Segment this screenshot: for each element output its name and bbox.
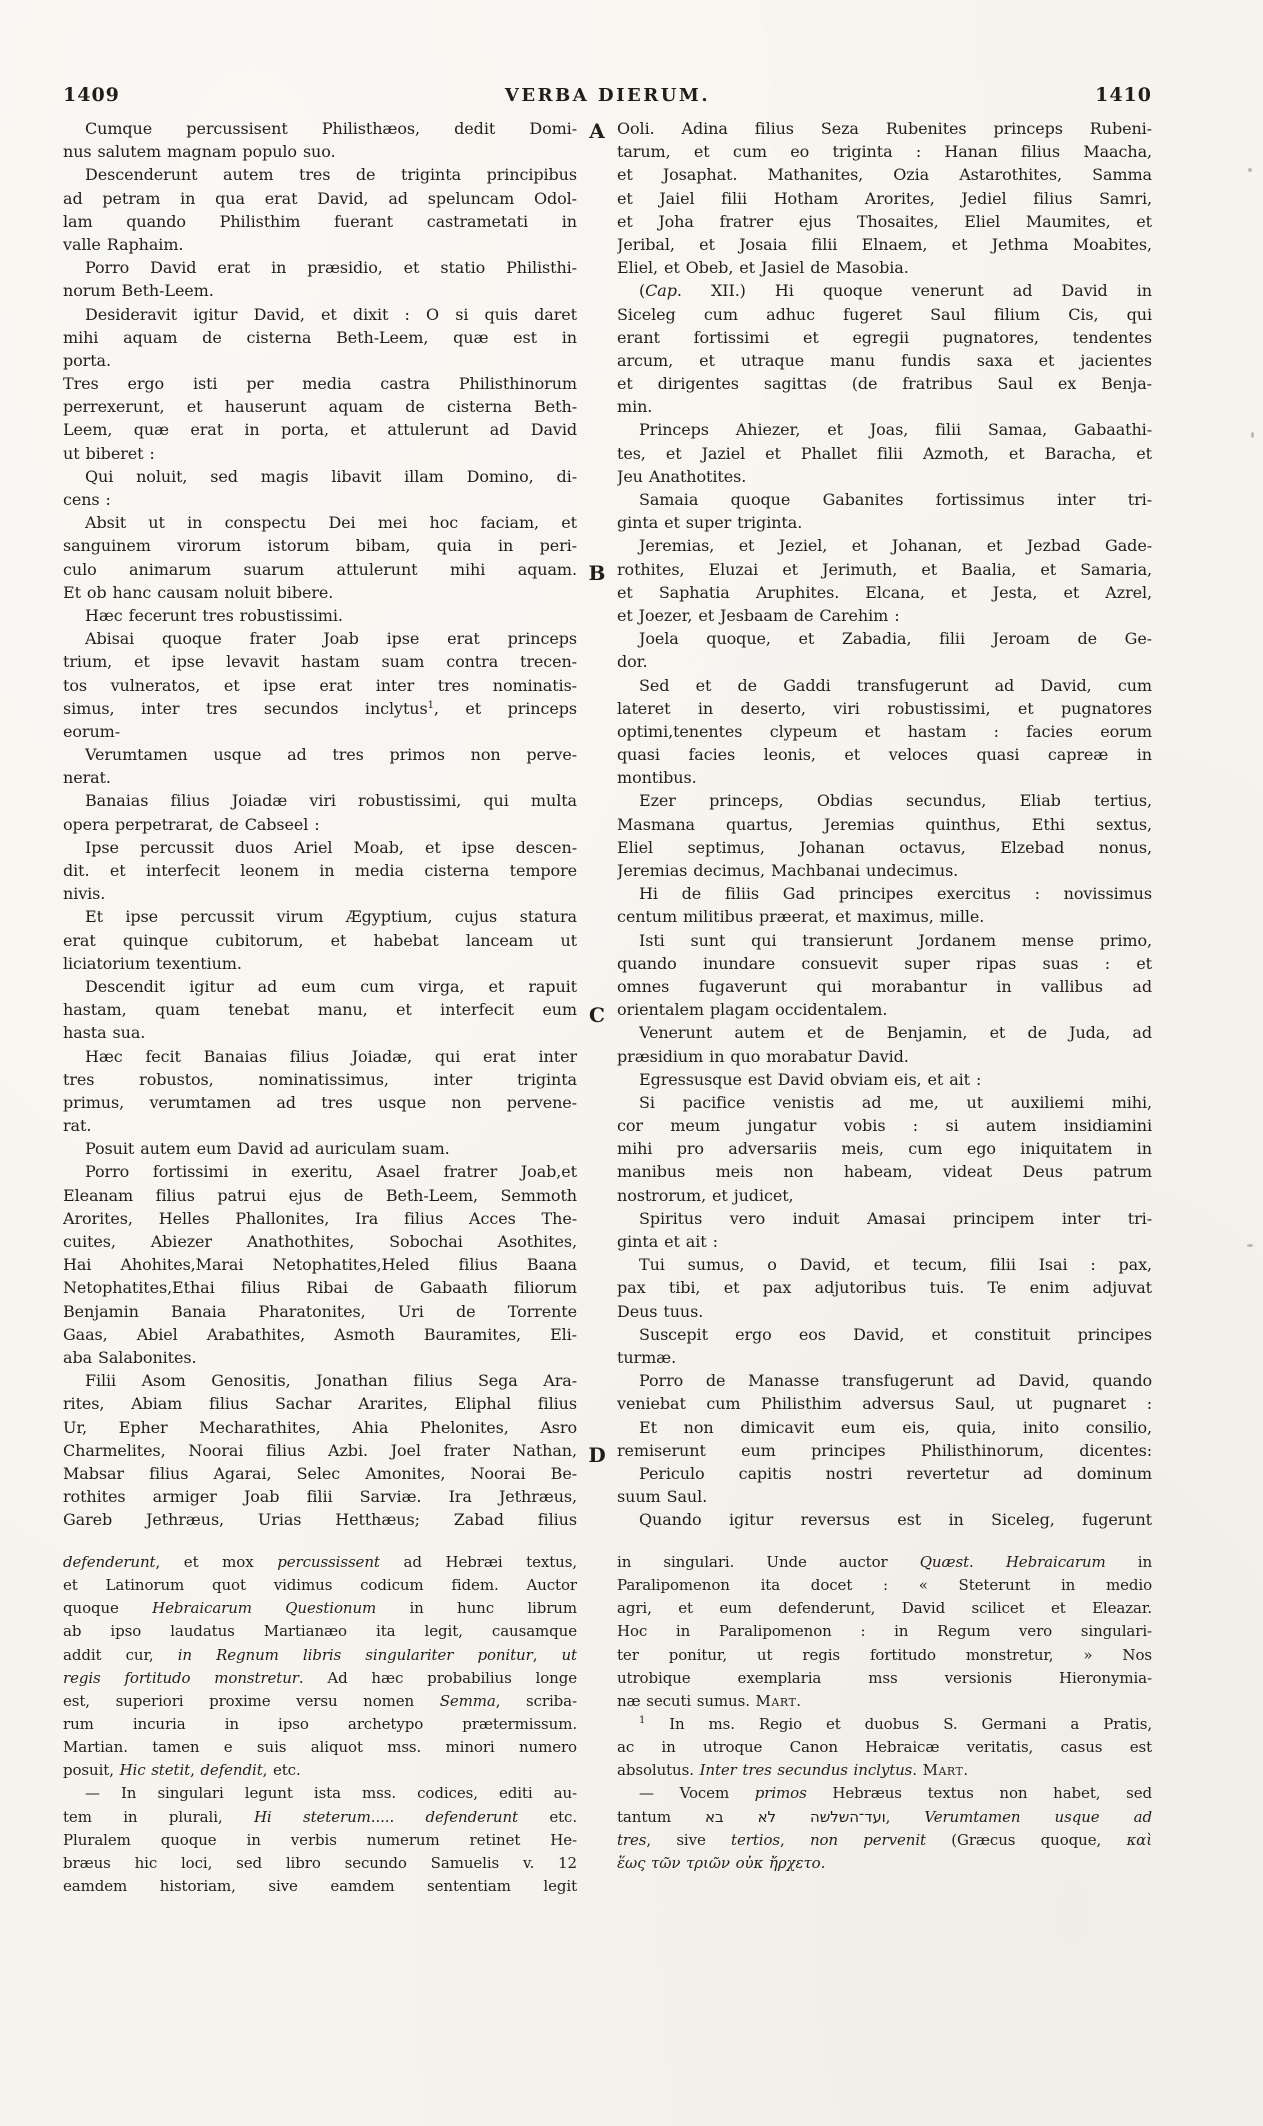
text-line: nostrorum, et judicet,	[617, 1184, 1152, 1207]
text-line: turmæ.	[617, 1346, 1152, 1369]
text-line: quando inundare consuevit super ripas su…	[617, 952, 1152, 975]
text-line: ab ipso laudatus Martianæo ita legit, ca…	[63, 1620, 577, 1643]
text-line: tem in plurali, Hi steterum..... defende…	[63, 1806, 577, 1829]
text-line: Eliel, et Obeb, et Jasiel de Masobia.	[617, 256, 1152, 279]
text-line: Hai Ahohites,Marai Netophatites,Heled fi…	[63, 1253, 577, 1276]
margin-letter-d: D	[578, 1443, 616, 1467]
text-line: et Joha fratrer ejus Thosaites, Eliel Ma…	[617, 210, 1152, 233]
text-line: mihi aquam de cisterna Beth-Leem, quæ es…	[63, 326, 577, 349]
text-line: nerat.	[63, 766, 577, 789]
text-line: Hæc fecerunt tres robustissimi.	[63, 604, 577, 627]
text-line: dor.	[617, 650, 1152, 673]
text-line: Hæc fecit Banaias filius Joiadæ, qui era…	[63, 1045, 577, 1068]
text-line: Gaas, Abiel Arabathites, Asmoth Bauramit…	[63, 1323, 577, 1346]
text-line: Banaias filius Joiadæ viri robustissimi,…	[63, 789, 577, 812]
text-line: nivis.	[63, 882, 577, 905]
text-line: cuites, Abiezer Anathothites, Sobochai A…	[63, 1230, 577, 1253]
text-line: regis fortitudo monstretur. Ad hæc proba…	[63, 1667, 577, 1690]
text-line: Posuit autem eum David ad auriculam suam…	[63, 1137, 577, 1160]
text-line: nus salutem magnam populo suo.	[63, 140, 577, 163]
text-line: Suscepit ergo eos David, et constituit p…	[617, 1323, 1152, 1346]
text-line: Et non dimicavit eum eis, quia, inito co…	[617, 1416, 1152, 1439]
text-line: Princeps Ahiezer, et Joas, filii Samaa, …	[617, 418, 1152, 441]
text-line: Gareb Jethræus, Urias Hetthæus; Zabad fi…	[63, 1508, 577, 1531]
text-line: Spiritus vero induit Amasai principem in…	[617, 1207, 1152, 1230]
text-line: Sed et de Gaddi transfugerunt ad David, …	[617, 674, 1152, 697]
text-line: Cumque percussisent Philisthæos, dedit D…	[63, 117, 577, 140]
text-line: tos vulneratos, et ipse erat inter tres …	[63, 674, 577, 697]
text-line: Absit ut in conspectu Dei mei hoc faciam…	[63, 511, 577, 534]
text-line: porta.	[63, 349, 577, 372]
text-line: omnes fugaverunt qui morabantur in valli…	[617, 975, 1152, 998]
text-line: rum incuria in ipso archetypo prætermiss…	[63, 1713, 577, 1736]
main-text-column-right: Ooli. Adina filius Seza Rubenites prince…	[617, 117, 1152, 1531]
text-line: Ur, Epher Mecharathites, Ahia Phelonites…	[63, 1416, 577, 1439]
text-line: utrobique exemplaria mss versionis Hiero…	[617, 1667, 1152, 1690]
text-line: perrexerunt, et hauserunt aquam de ciste…	[63, 395, 577, 418]
text-line: Jeremias decimus, Machbanai undecimus.	[617, 859, 1152, 882]
main-text-column-left: Cumque percussisent Philisthæos, dedit D…	[63, 117, 577, 1531]
text-line: Ipse percussit duos Ariel Moab, et ipse …	[63, 836, 577, 859]
text-line: Quando igitur reversus est in Siceleg, f…	[617, 1508, 1152, 1531]
text-line: et Saphatia Aruphites. Elcana, et Jesta,…	[617, 581, 1152, 604]
text-line: arcum, et utraque manu fundis saxa et ja…	[617, 349, 1152, 372]
text-line: Qui noluit, sed magis libavit illam Domi…	[63, 465, 577, 488]
text-line: ginta et super triginta.	[617, 511, 1152, 534]
text-line: bræus hic loci, sed libro secundo Samuel…	[63, 1852, 577, 1875]
text-line: Jeribal, et Josaia filii Elnaem, et Jeth…	[617, 233, 1152, 256]
text-line: Descendit igitur ad eum cum virga, et ra…	[63, 975, 577, 998]
text-line: Hi de filiis Gad principes exercitus : n…	[617, 882, 1152, 905]
text-line: ut biberet :	[63, 442, 577, 465]
text-line: Porro fortissimi in exeritu, Asael fratr…	[63, 1160, 577, 1183]
text-line: suum Saul.	[617, 1485, 1152, 1508]
text-line: addit cur, in Regnum libris singulariter…	[63, 1644, 577, 1667]
text-line: rothites, Eluzai et Jerimuth, et Baalia,…	[617, 558, 1152, 581]
text-line: trium, et ipse levavit hastam suam contr…	[63, 650, 577, 673]
text-line: cor meum jungatur vobis : si autem insid…	[617, 1114, 1152, 1137]
text-line: et Jaiel filii Hotham Arorites, Jediel f…	[617, 187, 1152, 210]
text-line: — Vocem primos Hebræus textus non habet,…	[617, 1782, 1152, 1805]
text-line: — In singulari legunt ista mss. codices,…	[63, 1782, 577, 1805]
text-line: Ezer princeps, Obdias secundus, Eliab te…	[617, 789, 1152, 812]
margin-letter-b: B	[578, 561, 616, 585]
text-line: rothites armiger Joab filii Sarviæ. Ira …	[63, 1485, 577, 1508]
text-line: tres robustos, nominatissimus, inter tri…	[63, 1068, 577, 1091]
text-line: Venerunt autem et de Benjamin, et de Jud…	[617, 1021, 1152, 1044]
scan-artifact	[1248, 168, 1252, 172]
footnote-column-right: in singulari. Unde auctor Quæst. Hebraic…	[617, 1551, 1152, 1875]
text-line: Egressusque est David obviam eis, et ait…	[617, 1068, 1152, 1091]
text-line: Martian. tamen e suis aliquot mss. minor…	[63, 1736, 577, 1759]
text-line: hasta sua.	[63, 1021, 577, 1044]
text-line: Benjamin Banaia Pharatonites, Uri de Tor…	[63, 1300, 577, 1323]
margin-letter-a: A	[578, 119, 616, 143]
text-line: rat.	[63, 1114, 577, 1137]
text-line: præsidium in quo morabatur David.	[617, 1045, 1152, 1068]
text-line: in singulari. Unde auctor Quæst. Hebraic…	[617, 1551, 1152, 1574]
text-line: Porro David erat in præsidio, et statio …	[63, 256, 577, 279]
text-line: optimi,tenentes clypeum et hastam : faci…	[617, 720, 1152, 743]
text-line: ἕως τῶν τριῶν οὐκ ἤρχετο.	[617, 1852, 1152, 1875]
text-line: agri, et eum defenderunt, David scilicet…	[617, 1597, 1152, 1620]
text-line: min.	[617, 395, 1152, 418]
text-line: veniebat cum Philisthim adversus Saul, u…	[617, 1392, 1152, 1415]
text-line: Jeremias, et Jeziel, et Johanan, et Jezb…	[617, 534, 1152, 557]
book-page: 1409 VERBA DIERUM. 1410 A B C D Cumque p…	[0, 0, 1263, 2126]
text-line: Charmelites, Noorai filius Azbi. Joel fr…	[63, 1439, 577, 1462]
text-line: centum militibus præerat, et maximus, mi…	[617, 905, 1152, 928]
text-line: Et ob hanc causam noluit bibere.	[63, 581, 577, 604]
text-line: Descenderunt autem tres de triginta prin…	[63, 163, 577, 186]
text-line: et Latinorum quot vidimus codicum fidem.…	[63, 1574, 577, 1597]
text-line: absolutus. Inter tres secundus inclytus.…	[617, 1759, 1152, 1782]
text-line: Masmana quartus, Jeremias quinthus, Ethi…	[617, 813, 1152, 836]
text-line: remiserunt eum principes Philisthinorum,…	[617, 1439, 1152, 1462]
text-line: Tres ergo isti per media castra Philisth…	[63, 372, 577, 395]
text-line: Hoc in Paralipomenon : in Regum vero sin…	[617, 1620, 1152, 1643]
text-line: quasi facies leonis, et veloces quasi ca…	[617, 743, 1152, 766]
text-line: est, superiori proxime versu nomen Semma…	[63, 1690, 577, 1713]
text-line: et dirigentes sagittas (de fratribus Sau…	[617, 372, 1152, 395]
text-line: ter ponitur, ut regis fortitudo monstret…	[617, 1644, 1152, 1667]
text-line: liciatorium texentium.	[63, 952, 577, 975]
text-line: hastam, quam tenebat manu, et interfecit…	[63, 998, 577, 1021]
text-line: erat quinque cubitorum, et habebat lance…	[63, 929, 577, 952]
text-line: Deus tuus.	[617, 1300, 1152, 1323]
text-line: culo animarum suarum attulerunt mihi aqu…	[63, 558, 577, 581]
text-line: eorum-	[63, 720, 577, 743]
text-line: Eleanam filius patrui ejus de Beth-Leem,…	[63, 1184, 577, 1207]
text-line: rites, Abiam filius Sachar Ararites, Eli…	[63, 1392, 577, 1415]
text-line: Jeu Anathotites.	[617, 465, 1152, 488]
text-line: Samaia quoque Gabanites fortissimus inte…	[617, 488, 1152, 511]
text-line: sanguinem virorum istorum bibam, quia in…	[63, 534, 577, 557]
margin-letter-c: C	[578, 1003, 616, 1027]
text-line: (Cap. XII.) Hi quoque venerunt ad David …	[617, 279, 1152, 302]
text-line: mihi pro adversariis meis, cum ego iniqu…	[617, 1137, 1152, 1160]
text-line: aba Salabonites.	[63, 1346, 577, 1369]
text-line: opera perpetrarat, de Cabseel :	[63, 813, 577, 836]
text-line: Et ipse percussit virum Ægyptium, cujus …	[63, 905, 577, 928]
text-line: Periculo capitis nostri revertetur ad do…	[617, 1462, 1152, 1485]
text-line: Ooli. Adina filius Seza Rubenites prince…	[617, 117, 1152, 140]
footnote-column-left: defenderunt, et mox percussissent ad Heb…	[63, 1551, 577, 1898]
text-line: Leem, quæ erat in porta, et attulerunt a…	[63, 418, 577, 441]
text-line: dit. et interfecit leonem in media ciste…	[63, 859, 577, 882]
text-line: Filii Asom Genositis, Jonathan filius Se…	[63, 1369, 577, 1392]
scan-artifact	[1247, 1244, 1253, 1247]
text-line: orientalem plagam occidentalem.	[617, 998, 1152, 1021]
text-line: tes, et Jaziel et Phallet filii Azmoth, …	[617, 442, 1152, 465]
text-line: Mabsar filius Agarai, Selec Amonites, No…	[63, 1462, 577, 1485]
text-line: defenderunt, et mox percussissent ad Heb…	[63, 1551, 577, 1574]
text-line: Paralipomenon ita docet : « Steterunt in…	[617, 1574, 1152, 1597]
text-line: montibus.	[617, 766, 1152, 789]
text-line: Abisai quoque frater Joab ipse erat prin…	[63, 627, 577, 650]
text-line: norum Beth-Leem.	[63, 279, 577, 302]
text-line: valle Raphaim.	[63, 233, 577, 256]
text-line: Pluralem quoque in verbis numerum retine…	[63, 1829, 577, 1852]
text-line: Joela quoque, et Zabadia, filii Jeroam d…	[617, 627, 1152, 650]
text-line: Si pacifice venistis ad me, ut auxiliemi…	[617, 1091, 1152, 1114]
text-line: Isti sunt qui transierunt Jordanem mense…	[617, 929, 1152, 952]
text-line: cens :	[63, 488, 577, 511]
text-line: Netophatites,Ethai filius Ribai de Gabaa…	[63, 1276, 577, 1299]
text-line: ad petram in qua erat David, ad spelunca…	[63, 187, 577, 210]
text-line: Arorites, Helles Phallonites, Ira filius…	[63, 1207, 577, 1230]
text-line: lateret in deserto, viri robustissimi, e…	[617, 697, 1152, 720]
text-line: 1 In ms. Regio et duobus S. Germani a Pr…	[617, 1713, 1152, 1736]
text-line: quoque Hebraicarum Questionum in hunc li…	[63, 1597, 577, 1620]
text-line: pax tibi, et pax adjutoribus tuis. Te en…	[617, 1276, 1152, 1299]
text-line: erant fortissimi et egregii pugnatores, …	[617, 326, 1152, 349]
scan-artifact	[1251, 432, 1254, 438]
text-line: ac in utroque Canon Hebraicæ veritatis, …	[617, 1736, 1152, 1759]
text-line: tantum ועד־השלשה לא בא, Verumtamen usque…	[617, 1806, 1152, 1829]
text-line: Desideravit igitur David, et dixit : O s…	[63, 303, 577, 326]
text-line: Eliel septimus, Johanan octavus, Elzebad…	[617, 836, 1152, 859]
text-line: tarum, et cum eo triginta : Hanan filius…	[617, 140, 1152, 163]
text-line: Porro de Manasse transfugerunt ad David,…	[617, 1369, 1152, 1392]
text-line: næ secuti sumus. Mart.	[617, 1690, 1152, 1713]
text-line: ginta et ait :	[617, 1230, 1152, 1253]
text-line: primus, verumtamen ad tres usque non per…	[63, 1091, 577, 1114]
text-line: Siceleg cum adhuc fugeret Saul filium Ci…	[617, 303, 1152, 326]
text-line: tres, sive tertios, non pervenit (Græcus…	[617, 1829, 1152, 1852]
text-line: Tui sumus, o David, et tecum, filii Isai…	[617, 1253, 1152, 1276]
text-line: Verumtamen usque ad tres primos non perv…	[63, 743, 577, 766]
text-line: posuit, Hic stetit, defendit, etc.	[63, 1759, 577, 1782]
text-line: simus, inter tres secundos inclytus1, et…	[63, 697, 577, 720]
text-line: et Joezer, et Jesbaam de Carehim :	[617, 604, 1152, 627]
text-line: et Josaphat. Mathanites, Ozia Astarothit…	[617, 163, 1152, 186]
text-line: lam quando Philisthim fuerant castrameta…	[63, 210, 577, 233]
text-line: manibus meis non habeam, videat Deus pat…	[617, 1160, 1152, 1183]
page-number-right: 1410	[952, 84, 1152, 106]
text-line: eamdem historiam, sive eamdem sententiam…	[63, 1875, 577, 1898]
